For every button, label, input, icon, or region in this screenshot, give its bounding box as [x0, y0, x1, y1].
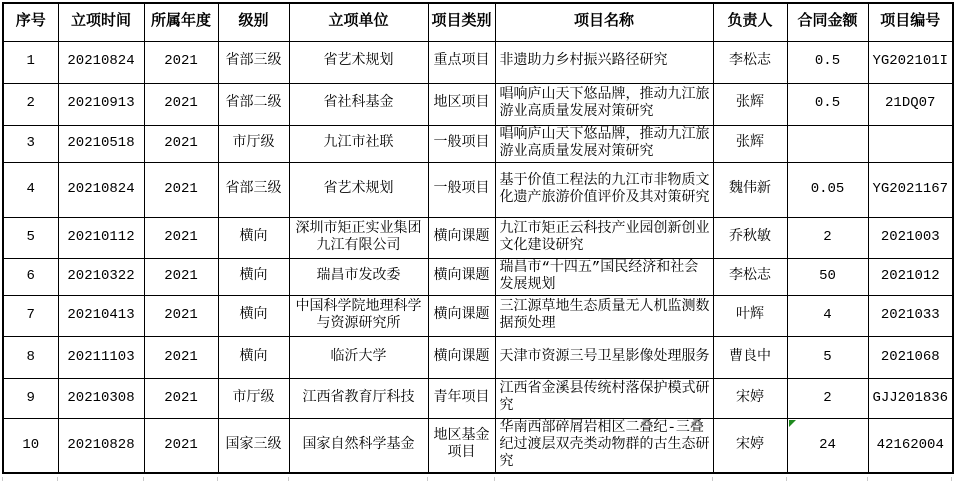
table-cell[interactable]: 横向课题 [428, 336, 495, 378]
table-cell[interactable]: 横向 [218, 336, 289, 378]
table-cell[interactable]: 非遗助力乡村振兴路径研究 [495, 41, 713, 83]
table-cell[interactable]: 2021 [144, 83, 218, 125]
table-cell[interactable]: 九江市社联 [289, 125, 428, 162]
table-cell[interactable]: 2 [3, 83, 58, 125]
table-row: 8 20211103 2021 横向 临沂大学 横向课题 天津市资源三号卫星影像… [3, 336, 953, 378]
table-cell[interactable]: 重点项目 [428, 41, 495, 83]
table-cell[interactable]: 20210308 [58, 378, 144, 418]
table-cell[interactable]: 2021003 [868, 217, 953, 258]
col-header-date[interactable]: 立项时间 [58, 3, 144, 41]
gridline-stub [2, 477, 3, 481]
table-cell[interactable]: 2 [787, 217, 868, 258]
table-cell[interactable]: 0.5 [787, 83, 868, 125]
table-cell[interactable]: 省部三级 [218, 162, 289, 217]
table-cell[interactable]: 国家三级 [218, 418, 289, 473]
table-cell[interactable]: 江西省金溪县传统村落保护模式研究 [495, 378, 713, 418]
table-cell[interactable]: 20210828 [58, 418, 144, 473]
table-row: 9 20210308 2021 市厅级 江西省教育厅科技 青年项目 江西省金溪县… [3, 378, 953, 418]
table-cell[interactable]: 20210824 [58, 162, 144, 217]
table-cell[interactable]: 天津市资源三号卫星影像处理服务 [495, 336, 713, 378]
table-cell[interactable]: 20210322 [58, 258, 144, 295]
table-cell[interactable]: 20210824 [58, 41, 144, 83]
table-cell[interactable]: 0.05 [787, 162, 868, 217]
table-cell[interactable]: 2021 [144, 125, 218, 162]
col-header-category[interactable]: 项目类别 [428, 3, 495, 41]
table-cell[interactable]: 50 [787, 258, 868, 295]
table-cell[interactable]: 市厅级 [218, 125, 289, 162]
table-row: 6 20210322 2021 横向 瑞昌市发改委 横向课题 瑞昌市“十四五”国… [3, 258, 953, 295]
table-cell[interactable]: GJJ201836 [868, 378, 953, 418]
table-cell[interactable]: 青年项目 [428, 378, 495, 418]
table-cell[interactable]: 江西省教育厅科技 [289, 378, 428, 418]
gridline-stub [867, 477, 868, 481]
table-cell[interactable]: 中国科学院地理科学与资源研究所 [289, 295, 428, 336]
table-cell[interactable]: 横向 [218, 295, 289, 336]
table-cell[interactable]: 6 [3, 258, 58, 295]
col-header-leader[interactable]: 负责人 [713, 3, 787, 41]
table-cell[interactable]: 8 [3, 336, 58, 378]
table-cell[interactable]: 横向课题 [428, 258, 495, 295]
col-header-serial[interactable]: 序号 [3, 3, 58, 41]
sheet-gridline-strip [2, 476, 953, 481]
table-cell[interactable]: 10 [3, 418, 58, 473]
table-row: 2 20210913 2021 省部二级 省社科基金 地区项目 唱响庐山天下悠品… [3, 83, 953, 125]
table-row: 1 20210824 2021 省部三级 省艺术规划 重点项目 非遗助力乡村振兴… [3, 41, 953, 83]
col-header-year[interactable]: 所属年度 [144, 3, 218, 41]
table-cell[interactable]: 2021033 [868, 295, 953, 336]
gridline-stub [494, 477, 495, 481]
table-cell[interactable]: 曹良中 [713, 336, 787, 378]
table-cell[interactable]: 宋婷 [713, 418, 787, 473]
table-cell[interactable]: 21DQ07 [868, 83, 953, 125]
table-cell[interactable]: 三江源草地生态质量无人机监测数据预处理 [495, 295, 713, 336]
gridline-stub [217, 477, 218, 481]
table-cell[interactable]: 2021 [144, 418, 218, 473]
gridline-stub [57, 477, 58, 481]
table-cell[interactable]: 叶辉 [713, 295, 787, 336]
table-row: 10 20210828 2021 国家三级 国家自然科学基金 地区基金项目 华南… [3, 418, 953, 473]
table-cell[interactable]: 20211103 [58, 336, 144, 378]
table-cell[interactable]: 瑞昌市“十四五”国民经济和社会发展规划 [495, 258, 713, 295]
table-cell[interactable]: 横向课题 [428, 217, 495, 258]
table-cell[interactable]: 张辉 [713, 83, 787, 125]
col-header-code[interactable]: 项目编号 [868, 3, 953, 41]
table-cell[interactable]: 2021 [144, 295, 218, 336]
table-row: 5 20210112 2021 横向 深圳市矩正实业集团九江有限公司 横向课题 … [3, 217, 953, 258]
table-cell[interactable]: 市厅级 [218, 378, 289, 418]
gridline-stub [712, 477, 713, 481]
table-cell[interactable]: 9 [3, 378, 58, 418]
table-cell[interactable]: 2021 [144, 336, 218, 378]
table-cell[interactable]: 1 [3, 41, 58, 83]
table-cell[interactable]: 2021 [144, 162, 218, 217]
col-header-amount[interactable]: 合同金额 [787, 3, 868, 41]
gridline-stub [786, 477, 787, 481]
table-cell[interactable]: 省艺术规划 [289, 162, 428, 217]
table-cell[interactable]: 2021012 [868, 258, 953, 295]
table-cell[interactable]: 基于价值工程法的九江市非物质文化遗产旅游价值评价及其对策研究 [495, 162, 713, 217]
table-cell[interactable]: 3 [3, 125, 58, 162]
table-cell[interactable]: 横向 [218, 217, 289, 258]
table-cell[interactable]: 华南西部碎屑岩相区二叠纪-三叠纪过渡层双壳类动物群的古生态研究 [495, 418, 713, 473]
table-cell[interactable] [868, 125, 953, 162]
table-cell[interactable]: 2021 [144, 41, 218, 83]
table-cell[interactable]: 一般项目 [428, 162, 495, 217]
table-cell[interactable]: 国家自然科学基金 [289, 418, 428, 473]
table-cell[interactable]: 地区基金项目 [428, 418, 495, 473]
table-cell[interactable]: 2021068 [868, 336, 953, 378]
table-cell[interactable]: 20210518 [58, 125, 144, 162]
cell-error-indicator [789, 420, 796, 427]
col-header-level[interactable]: 级别 [218, 3, 289, 41]
gridline-stub [288, 477, 289, 481]
table-cell[interactable]: 横向课题 [428, 295, 495, 336]
table-cell[interactable]: 地区项目 [428, 83, 495, 125]
gridline-stub [143, 477, 144, 481]
table-cell[interactable]: 瑞昌市发改委 [289, 258, 428, 295]
table-cell[interactable]: 唱响庐山天下悠品牌，推动九江旅游业高质量发展对策研究 [495, 125, 713, 162]
table-cell[interactable]: 20210112 [58, 217, 144, 258]
table-cell[interactable]: 5 [3, 217, 58, 258]
table-row: 3 20210518 2021 市厅级 九江市社联 一般项目 唱响庐山天下悠品牌… [3, 125, 953, 162]
table-cell[interactable]: 魏伟新 [713, 162, 787, 217]
table-cell[interactable]: 4 [787, 295, 868, 336]
table-cell[interactable]: 7 [3, 295, 58, 336]
table-cell[interactable]: 2021 [144, 378, 218, 418]
table-cell[interactable]: 2 [787, 378, 868, 418]
table-cell[interactable]: 唱响庐山天下悠品牌，推动九江旅游业高质量发展对策研究 [495, 83, 713, 125]
table-cell[interactable]: 2021 [144, 217, 218, 258]
table-cell[interactable]: 一般项目 [428, 125, 495, 162]
table-cell[interactable]: 省艺术规划 [289, 41, 428, 83]
table-cell[interactable]: 0.5 [787, 41, 868, 83]
col-header-project-name[interactable]: 项目名称 [495, 3, 713, 41]
table-cell[interactable]: 省社科基金 [289, 83, 428, 125]
gridline-stub [951, 477, 952, 481]
col-header-unit[interactable]: 立项单位 [289, 3, 428, 41]
table-cell[interactable]: 20210913 [58, 83, 144, 125]
table-cell[interactable]: 临沂大学 [289, 336, 428, 378]
gridline-stub [427, 477, 428, 481]
table-cell[interactable]: 深圳市矩正实业集团九江有限公司 [289, 217, 428, 258]
table-cell[interactable]: 乔秋敏 [713, 217, 787, 258]
table-cell[interactable]: 2021 [144, 258, 218, 295]
table-row: 7 20210413 2021 横向 中国科学院地理科学与资源研究所 横向课题 … [3, 295, 953, 336]
table-cell[interactable]: 4 [3, 162, 58, 217]
table-cell[interactable]: 九江市矩正云科技产业园创新创业文化建设研究 [495, 217, 713, 258]
spreadsheet-view: 序号 立项时间 所属年度 级别 立项单位 项目类别 项目名称 负责人 合同金额 … [0, 0, 955, 481]
table-cell[interactable]: 张辉 [713, 125, 787, 162]
table-cell[interactable]: YG2021167 [868, 162, 953, 217]
projects-table: 序号 立项时间 所属年度 级别 立项单位 项目类别 项目名称 负责人 合同金额 … [2, 2, 954, 474]
table-cell[interactable]: 20210413 [58, 295, 144, 336]
table-cell[interactable]: YG202101I [868, 41, 953, 83]
table-cell[interactable]: 宋婷 [713, 378, 787, 418]
table-cell[interactable]: 42162004 [868, 418, 953, 473]
table-cell[interactable]: 24 [787, 418, 868, 473]
table-cell[interactable]: 李松志 [713, 41, 787, 83]
table-cell[interactable]: 李松志 [713, 258, 787, 295]
table-cell[interactable]: 横向 [218, 258, 289, 295]
table-cell[interactable]: 省部三级 [218, 41, 289, 83]
table-cell[interactable]: 5 [787, 336, 868, 378]
table-cell[interactable]: 省部二级 [218, 83, 289, 125]
table-cell[interactable] [787, 125, 868, 162]
table-row: 4 20210824 2021 省部三级 省艺术规划 一般项目 基于价值工程法的… [3, 162, 953, 217]
header-row: 序号 立项时间 所属年度 级别 立项单位 项目类别 项目名称 负责人 合同金额 … [3, 3, 953, 41]
